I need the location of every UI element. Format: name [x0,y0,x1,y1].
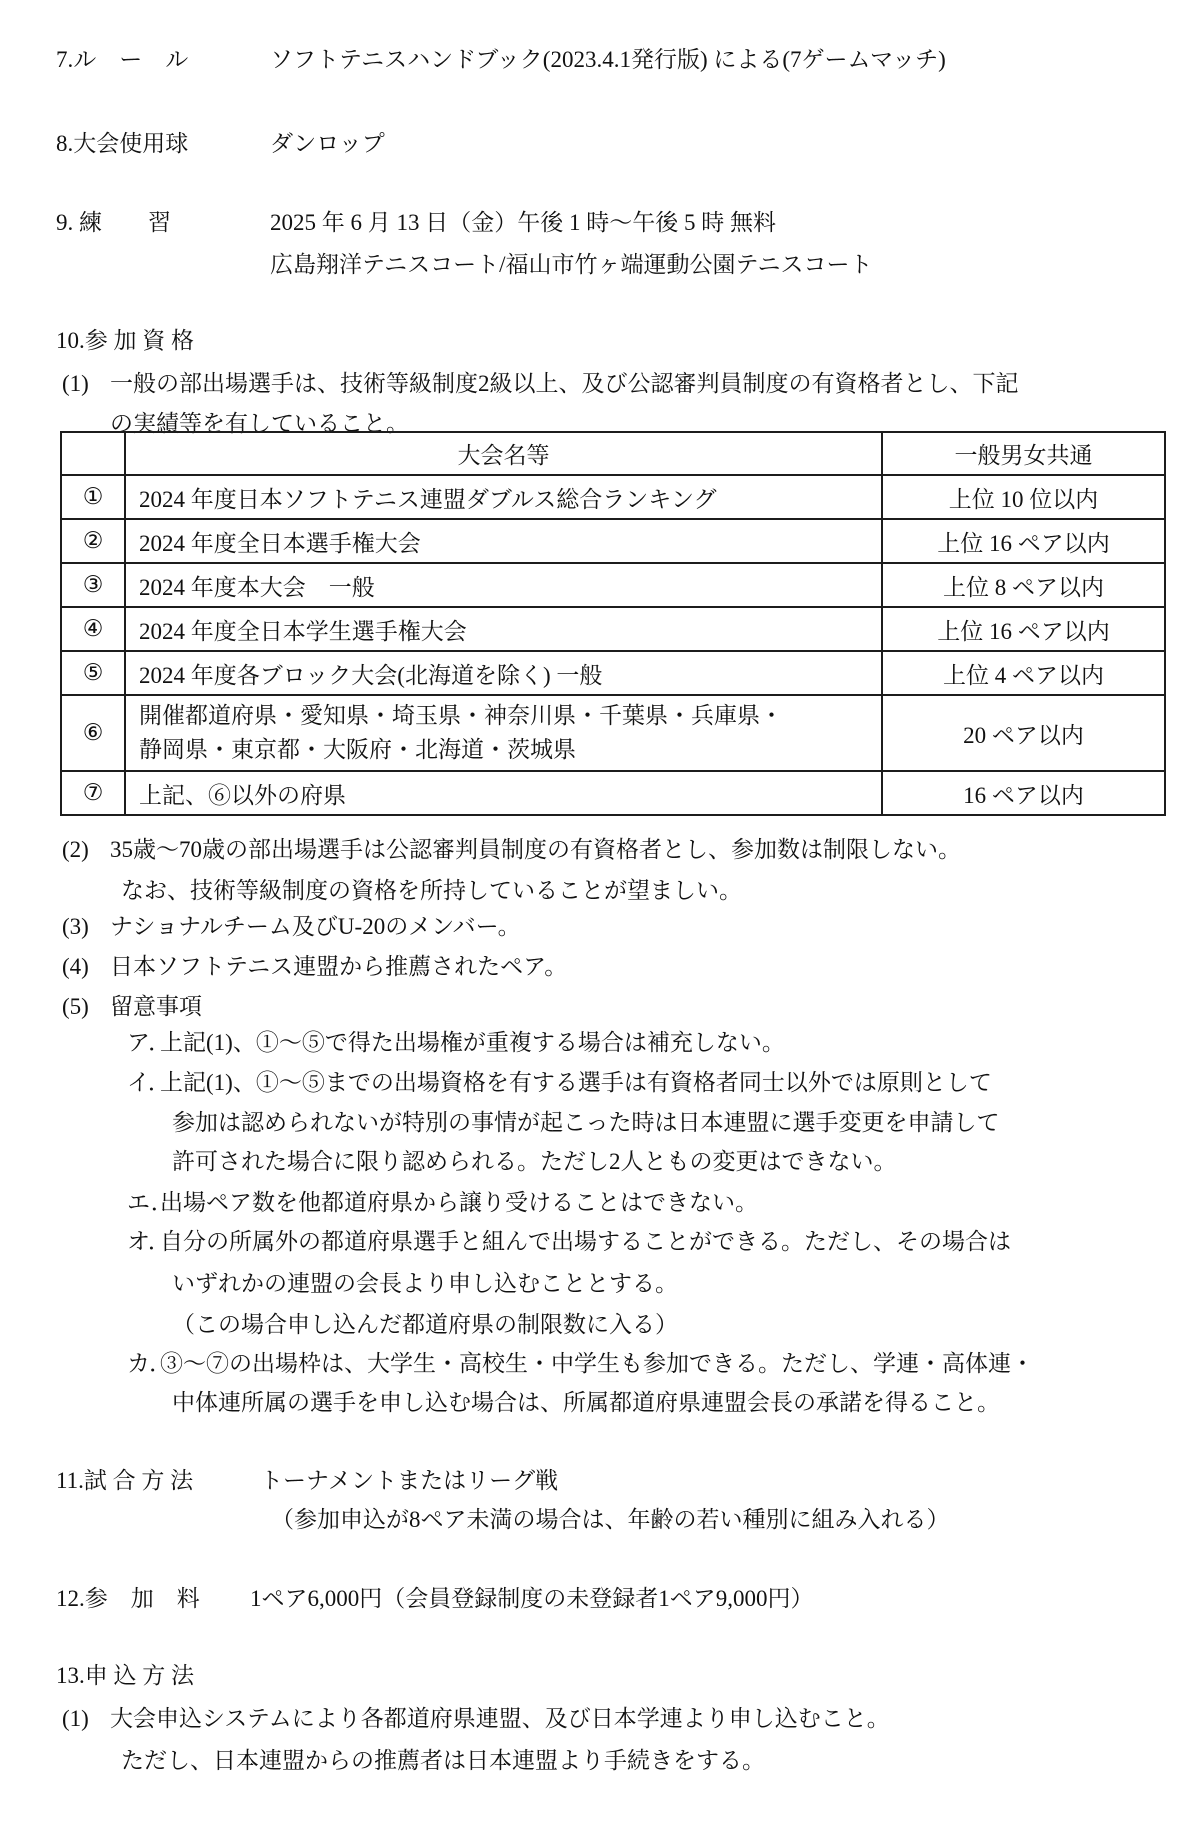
section-13-label: 13.申 込 方 法 [56,1660,194,1692]
note-i-line2: 参加は認められないが特別の事情が起こった時は日本連盟に選手変更を申請して [0,1107,1200,1141]
note-ka-line1: カ． ③～⑦の出場枠は、大学生・高校生・中学生も参加できる。ただし、学連・高体連… [0,1348,1200,1382]
row-event: 上記、⑥以外の府県 [125,771,882,815]
eligibility-item2-line2: なお、技術等級制度の資格を所持していることが望ましい。 [0,875,1200,909]
row-no: ① [61,475,125,519]
item3-text: ナショナルチーム及びU-20のメンバー。 [110,911,521,943]
row-quota: 上位 8 ペア以内 [882,563,1165,607]
row-no: ③ [61,563,125,607]
section-12-content: 1ペア6,000円（会員登録制度の未登録者1ペア9,000円） [250,1583,814,1615]
row-event: 2024 年度全日本選手権大会 [125,519,882,563]
item5-text: 留意事項 [110,991,202,1023]
row-no: ② [61,519,125,563]
section-12-entry-fee: 12.参 加 料 1ペア6,000円（会員登録制度の未登録者1ペア9,000円） [0,1583,1200,1617]
row-event: 2024 年度本大会 一般 [125,563,882,607]
table-row: ⑤ 2024 年度各ブロック大会(北海道を除く) 一般 上位 4 ペア以内 [61,651,1165,695]
section-11-note: （参加申込が8ペア未満の場合は、年齢の若い種別に組み入れる） [0,1504,1200,1538]
section-9-venue: 広島翔洋テニスコート/福山市竹ヶ端運動公園テニスコート [270,249,873,281]
table-header-row: 大会名等 一般男女共通 [61,432,1165,475]
note-ka-text-cont: 中体連所属の選手を申し込む場合は、所属都道府県連盟会長の承諾を得ること。 [172,1387,1000,1419]
row-event: 2024 年度全日本学生選手権大会 [125,607,882,651]
table-row: ④ 2024 年度全日本学生選手権大会 上位 16 ペア以内 [61,607,1165,651]
row-quota: 上位 16 ペア以内 [882,519,1165,563]
note-a-text: 上記(1)、①～⑤で得た出場権が重複する場合は補充しない。 [160,1027,785,1059]
row-event: 開催都道府県・愛知県・埼玉県・神奈川県・千葉県・兵庫県・ 静岡県・東京都・大阪府… [125,695,882,771]
row-event: 2024 年度日本ソフトテニス連盟ダブルス総合ランキング [125,475,882,519]
section-8-content: ダンロップ [270,128,385,160]
item1-marker: (1) [62,368,89,400]
note-a: ア． 上記(1)、①～⑤で得た出場権が重複する場合は補充しない。 [0,1027,1200,1061]
note-o-line3: （この場合申し込んだ都道府県の制限数に入る） [0,1309,1200,1343]
section-8-ball: 8.大会使用球 ダンロップ [0,128,1200,162]
note-o-text-cont: いずれかの連盟の会長より申し込むこととする。 [172,1268,678,1300]
eligibility-item4: (4) 日本ソフトテニス連盟から推薦されたペア。 [0,951,1200,985]
application-item1-marker: (1) [62,1703,89,1735]
row-no: ⑦ [61,771,125,815]
section-12-label: 12.参 加 料 [56,1583,200,1615]
application-item1-line2: ただし、日本連盟からの推薦者は日本連盟より手続きをする。 [0,1745,1200,1779]
row-no: ⑥ [61,695,125,771]
table-row: ① 2024 年度日本ソフトテニス連盟ダブルス総合ランキング 上位 10 位以内 [61,475,1165,519]
item3-marker: (3) [62,911,89,943]
note-e-text: 出場ペア数を他都道府県から譲り受けることはできない。 [160,1187,758,1219]
header-no-cell [61,432,125,475]
table-row: ③ 2024 年度本大会 一般 上位 8 ペア以内 [61,563,1165,607]
header-quota-cell: 一般男女共通 [882,432,1165,475]
item4-marker: (4) [62,951,89,983]
section-9-datetime: 2025 年 6 月 13 日（金）午後 1 時～午後 5 時 無料 [270,207,776,239]
note-i-text: 上記(1)、①～⑤までの出場資格を有する選手は有資格者同士以外では原則として [160,1067,992,1099]
section-9-practice: 9. 練 習 2025 年 6 月 13 日（金）午後 1 時～午後 5 時 無… [0,207,1200,241]
application-item1-line1: (1) 大会申込システムにより各都道府県連盟、及び日本学連より申し込むこと。 [0,1703,1200,1737]
note-i-text-cont2: 許可された場合に限り認められる。ただし2人ともの変更はできない。 [172,1146,897,1178]
note-ka-text: ③～⑦の出場枠は、大学生・高校生・中学生も参加できる。ただし、学連・高体連・ [160,1348,1034,1380]
tournament-guidelines-page: { "document": { "sections": { "rule": { … [0,0,1200,1829]
row-event-line1: 開催都道府県・愛知県・埼玉県・神奈川県・千葉県・兵庫県・ [139,699,881,733]
header-event-cell: 大会名等 [125,432,882,475]
row-quota: 20 ペア以内 [882,695,1165,771]
note-i-line1: イ． 上記(1)、①～⑤までの出場資格を有する選手は有資格者同士以外では原則とし… [0,1067,1200,1101]
row-quota: 上位 16 ペア以内 [882,607,1165,651]
item4-text: 日本ソフトテニス連盟から推薦されたペア。 [110,951,567,983]
table-row: ② 2024 年度全日本選手権大会 上位 16 ペア以内 [61,519,1165,563]
note-i-text-cont: 参加は認められないが特別の事情が起こった時は日本連盟に選手変更を申請して [172,1107,1000,1139]
note-o-text: 自分の所属外の都道府県選手と組んで出場することができる。ただし、その場合は [160,1226,1011,1258]
note-i-line3: 許可された場合に限り認められる。ただし2人ともの変更はできない。 [0,1146,1200,1180]
section-9-label: 9. 練 習 [56,207,171,239]
row-quota: 上位 4 ペア以内 [882,651,1165,695]
section-11-note-text: （参加申込が8ペア未満の場合は、年齢の若い種別に組み入れる） [271,1504,950,1536]
item1-text: 一般の部出場選手は、技術等級制度2級以上、及び公認審判員制度の有資格者とし、下記 [110,368,1019,400]
section-7-content: ソフトテニスハンドブック(2023.4.1発行版) による(7ゲームマッチ) [270,44,946,76]
table-row: ⑦ 上記、⑥以外の府県 16 ペア以内 [61,771,1165,815]
section-8-label: 8.大会使用球 [56,128,188,160]
qualification-table: 大会名等 一般男女共通 ① 2024 年度日本ソフトテニス連盟ダブルス総合ランキ… [60,431,1166,816]
row-quota: 16 ペア以内 [882,771,1165,815]
row-no: ⑤ [61,651,125,695]
section-10-label: 10.参 加 資 格 [56,325,194,357]
item2-marker: (2) [62,834,89,866]
row-quota: 上位 10 位以内 [882,475,1165,519]
section-10-eligibility: 10.参 加 資 格 [0,325,1200,359]
section-11-match-method: 11.試 合 方 法 トーナメントまたはリーグ戦 [0,1465,1200,1499]
section-7-label: 7.ル ー ル [56,44,188,76]
section-13-application: 13.申 込 方 法 [0,1660,1200,1694]
section-11-label: 11.試 合 方 法 [56,1465,193,1497]
note-e: エ． 出場ペア数を他都道府県から譲り受けることはできない。 [0,1187,1200,1221]
row-no: ④ [61,607,125,651]
application-item1-text-cont: ただし、日本連盟からの推薦者は日本連盟より手続きをする。 [121,1745,765,1777]
section-9-venue-line: 広島翔洋テニスコート/福山市竹ヶ端運動公園テニスコート [0,249,1200,283]
table-row: ⑥ 開催都道府県・愛知県・埼玉県・神奈川県・千葉県・兵庫県・ 静岡県・東京都・大… [61,695,1165,771]
note-o-text-cont2: （この場合申し込んだ都道府県の制限数に入る） [172,1309,678,1341]
section-7-rule: 7.ル ー ル ソフトテニスハンドブック(2023.4.1発行版) による(7ゲ… [0,44,1200,78]
note-ka-line2: 中体連所属の選手を申し込む場合は、所属都道府県連盟会長の承諾を得ること。 [0,1387,1200,1421]
note-o-line1: オ． 自分の所属外の都道府県選手と組んで出場することができる。ただし、その場合は [0,1226,1200,1260]
eligibility-item1-line1: (1) 一般の部出場選手は、技術等級制度2級以上、及び公認審判員制度の有資格者と… [0,368,1200,402]
item2-text: 35歳～70歳の部出場選手は公認審判員制度の有資格者とし、参加数は制限しない。 [110,834,961,866]
note-o-line2: いずれかの連盟の会長より申し込むこととする。 [0,1268,1200,1302]
section-11-content: トーナメントまたはリーグ戦 [260,1465,558,1497]
row-event: 2024 年度各ブロック大会(北海道を除く) 一般 [125,651,882,695]
eligibility-item5: (5) 留意事項 [0,991,1200,1025]
item5-marker: (5) [62,991,89,1023]
application-item1-text: 大会申込システムにより各都道府県連盟、及び日本学連より申し込むこと。 [110,1703,890,1735]
eligibility-item3: (3) ナショナルチーム及びU-20のメンバー。 [0,911,1200,945]
eligibility-item2-line1: (2) 35歳～70歳の部出場選手は公認審判員制度の有資格者とし、参加数は制限し… [0,834,1200,868]
row-event-line2: 静岡県・東京都・大阪府・北海道・茨城県 [139,733,881,767]
item2-text-cont: なお、技術等級制度の資格を所持していることが望ましい。 [121,875,742,907]
